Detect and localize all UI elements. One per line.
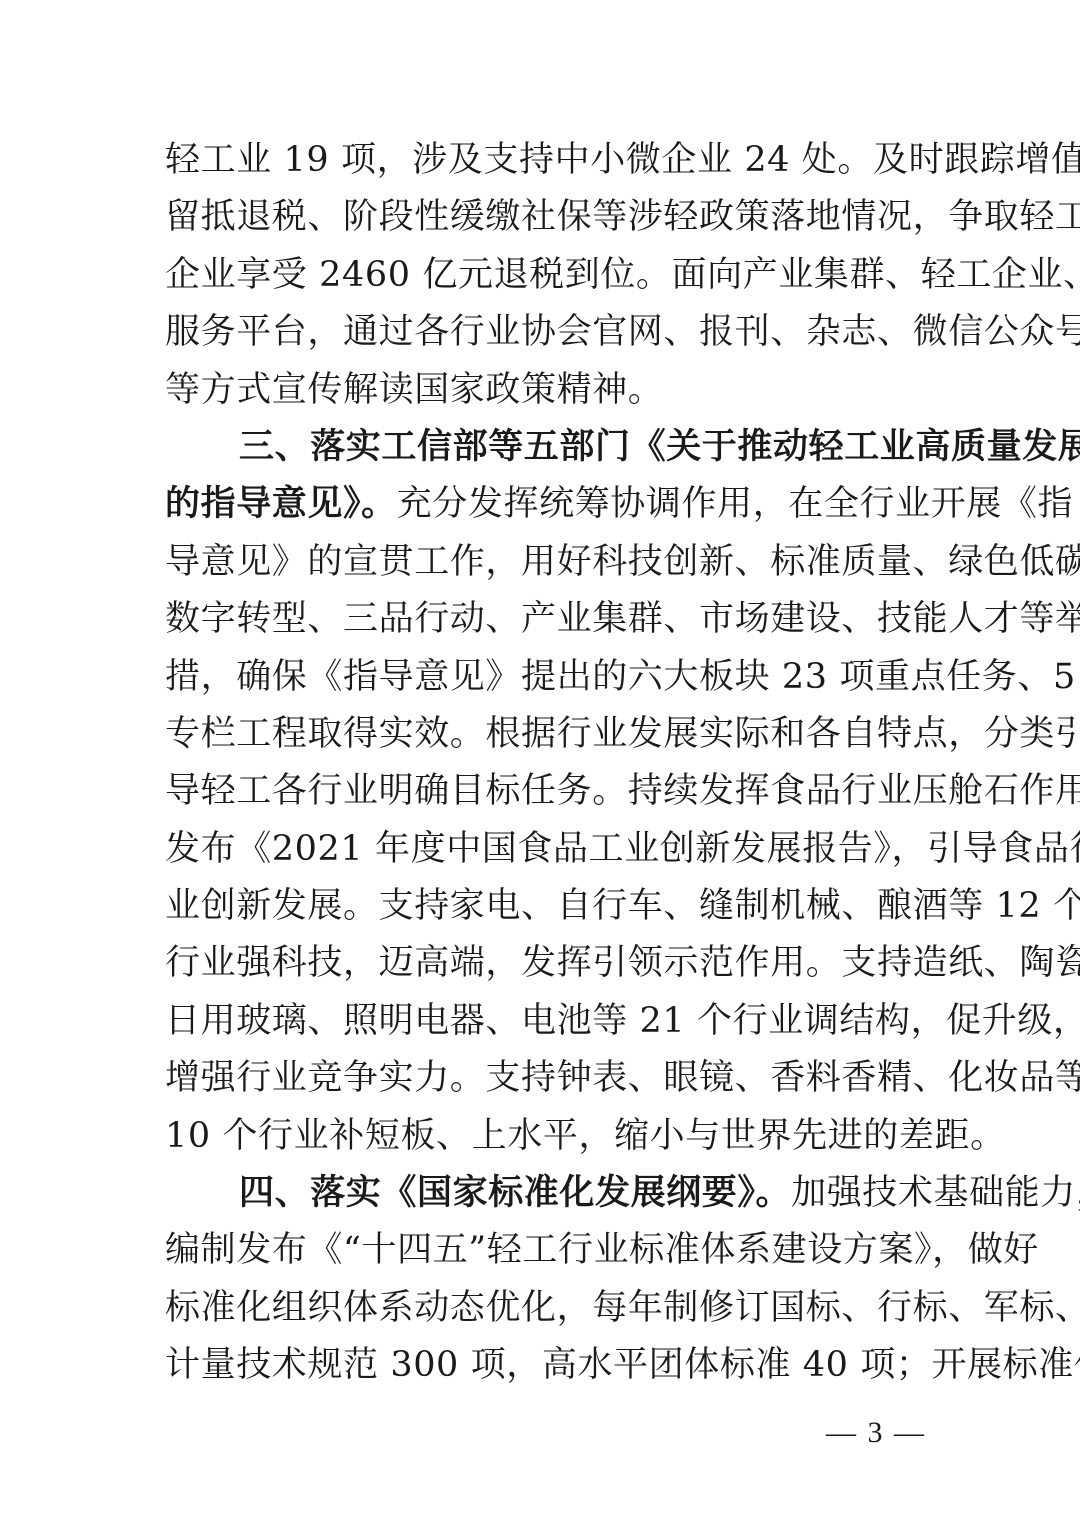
text-line: 增强行业竞争实力。支持钟表、眼镜、香料香精、化妆品等 <box>165 1050 917 1107</box>
body-text: 行业强科技，迈高端，发挥引领示范作用。支持造纸、陶瓷、 <box>165 943 1080 983</box>
body-text: 轻工业 19 项，涉及支持中小微企业 24 处。及时跟踪增值税 <box>165 140 1080 180</box>
body-text: 留抵退税、阶段性缓缴社保等涉轻政策落地情况，争取轻工 <box>165 197 1080 237</box>
text-line: 日用玻璃、照明电器、电池等 21 个行业调结构，促升级， <box>165 993 917 1050</box>
body-text: 导轻工各行业明确目标任务。持续发挥食品行业压舱石作用， <box>165 771 1080 811</box>
text-line: 留抵退税、阶段性缓缴社保等涉轻政策落地情况，争取轻工 <box>165 189 917 246</box>
body-text: 数字转型、三品行动、产业集群、市场建设、技能人才等举 <box>165 599 1080 639</box>
section-heading-line: 三、落实工信部等五部门《关于推动轻工业高质量发展 <box>165 419 917 476</box>
text-line: 业创新发展。支持家电、自行车、缝制机械、酿酒等 12 个 <box>165 878 917 935</box>
text-line: 编制发布《“十四五”轻工行业标准体系建设方案》，做好 <box>165 1222 917 1279</box>
body-text: 发布《2021 年度中国食品工业创新发展报告》，引导食品行 <box>165 829 1080 869</box>
section-heading-line: 四、落实《国家标准化发展纲要》。加强技术基础能力， <box>165 1165 917 1222</box>
text-line: 10 个行业补短板、上水平，缩小与世界先进的差距。 <box>165 1108 917 1165</box>
text-line: 措，确保《指导意见》提出的六大板块 23 项重点任务、5 项 <box>165 649 917 706</box>
body-text: 充分发挥统筹协调作用，在全行业开展《指 <box>397 484 1073 524</box>
bold-heading-text: 三、落实工信部等五部门《关于推动轻工业高质量发展 <box>239 427 1080 467</box>
body-text: 计量技术规范 300 项，高水平团体标准 40 项；开展标准化 <box>165 1345 1080 1385</box>
text-line: 专栏工程取得实效。根据行业发展实际和各自特点，分类引 <box>165 706 917 763</box>
text-line: 导意见》的宣贯工作，用好科技创新、标准质量、绿色低碳、 <box>165 534 917 591</box>
body-text: 业创新发展。支持家电、自行车、缝制机械、酿酒等 12 个 <box>165 886 1080 926</box>
text-line: 导轻工各行业明确目标任务。持续发挥食品行业压舱石作用， <box>165 763 917 820</box>
bold-heading-text: 的指导意见》。 <box>165 484 397 524</box>
text-line: 发布《2021 年度中国食品工业创新发展报告》，引导食品行 <box>165 821 917 878</box>
body-text: 10 个行业补短板、上水平，缩小与世界先进的差距。 <box>165 1116 1006 1156</box>
body-text: 标准化组织体系动态优化，每年制修订国标、行标、军标、 <box>165 1288 1080 1328</box>
body-text: 加强技术基础能力， <box>791 1173 1080 1213</box>
text-line: 计量技术规范 300 项，高水平团体标准 40 项；开展标准化 <box>165 1337 917 1394</box>
body-text: 企业享受 2460 亿元退税到位。面向产业集群、轻工企业、 <box>165 255 1080 295</box>
body-text: 增强行业竞争实力。支持钟表、眼镜、香料香精、化妆品等 <box>165 1058 1080 1098</box>
text-line: 等方式宣传解读国家政策精神。 <box>165 362 917 419</box>
body-text: 等方式宣传解读国家政策精神。 <box>165 370 663 410</box>
body-text: 服务平台，通过各行业协会官网、报刊、杂志、微信公众号 <box>165 312 1080 352</box>
text-line: 标准化组织体系动态优化，每年制修订国标、行标、军标、 <box>165 1280 917 1337</box>
body-text: 措，确保《指导意见》提出的六大板块 23 项重点任务、5 项 <box>165 657 1080 697</box>
body-text: 日用玻璃、照明电器、电池等 21 个行业调结构，促升级， <box>165 1001 1080 1041</box>
text-line: 行业强科技，迈高端，发挥引领示范作用。支持造纸、陶瓷、 <box>165 935 917 992</box>
text-line: 轻工业 19 项，涉及支持中小微企业 24 处。及时跟踪增值税 <box>165 132 917 189</box>
document-body: 轻工业 19 项，涉及支持中小微企业 24 处。及时跟踪增值税留抵退税、阶段性缓… <box>165 132 917 1395</box>
text-line: 的指导意见》。充分发挥统筹协调作用，在全行业开展《指 <box>165 476 917 533</box>
page-number: — 3 — <box>826 1416 926 1450</box>
body-text: 专栏工程取得实效。根据行业发展实际和各自特点，分类引 <box>165 714 1080 754</box>
text-line: 企业享受 2460 亿元退税到位。面向产业集群、轻工企业、 <box>165 247 917 304</box>
body-text: 导意见》的宣贯工作，用好科技创新、标准质量、绿色低碳、 <box>165 542 1080 582</box>
text-line: 服务平台，通过各行业协会官网、报刊、杂志、微信公众号 <box>165 304 917 361</box>
text-line: 数字转型、三品行动、产业集群、市场建设、技能人才等举 <box>165 591 917 648</box>
body-text: 编制发布《“十四五”轻工行业标准体系建设方案》，做好 <box>165 1230 1039 1270</box>
bold-heading-text: 四、落实《国家标准化发展纲要》。 <box>239 1173 791 1213</box>
